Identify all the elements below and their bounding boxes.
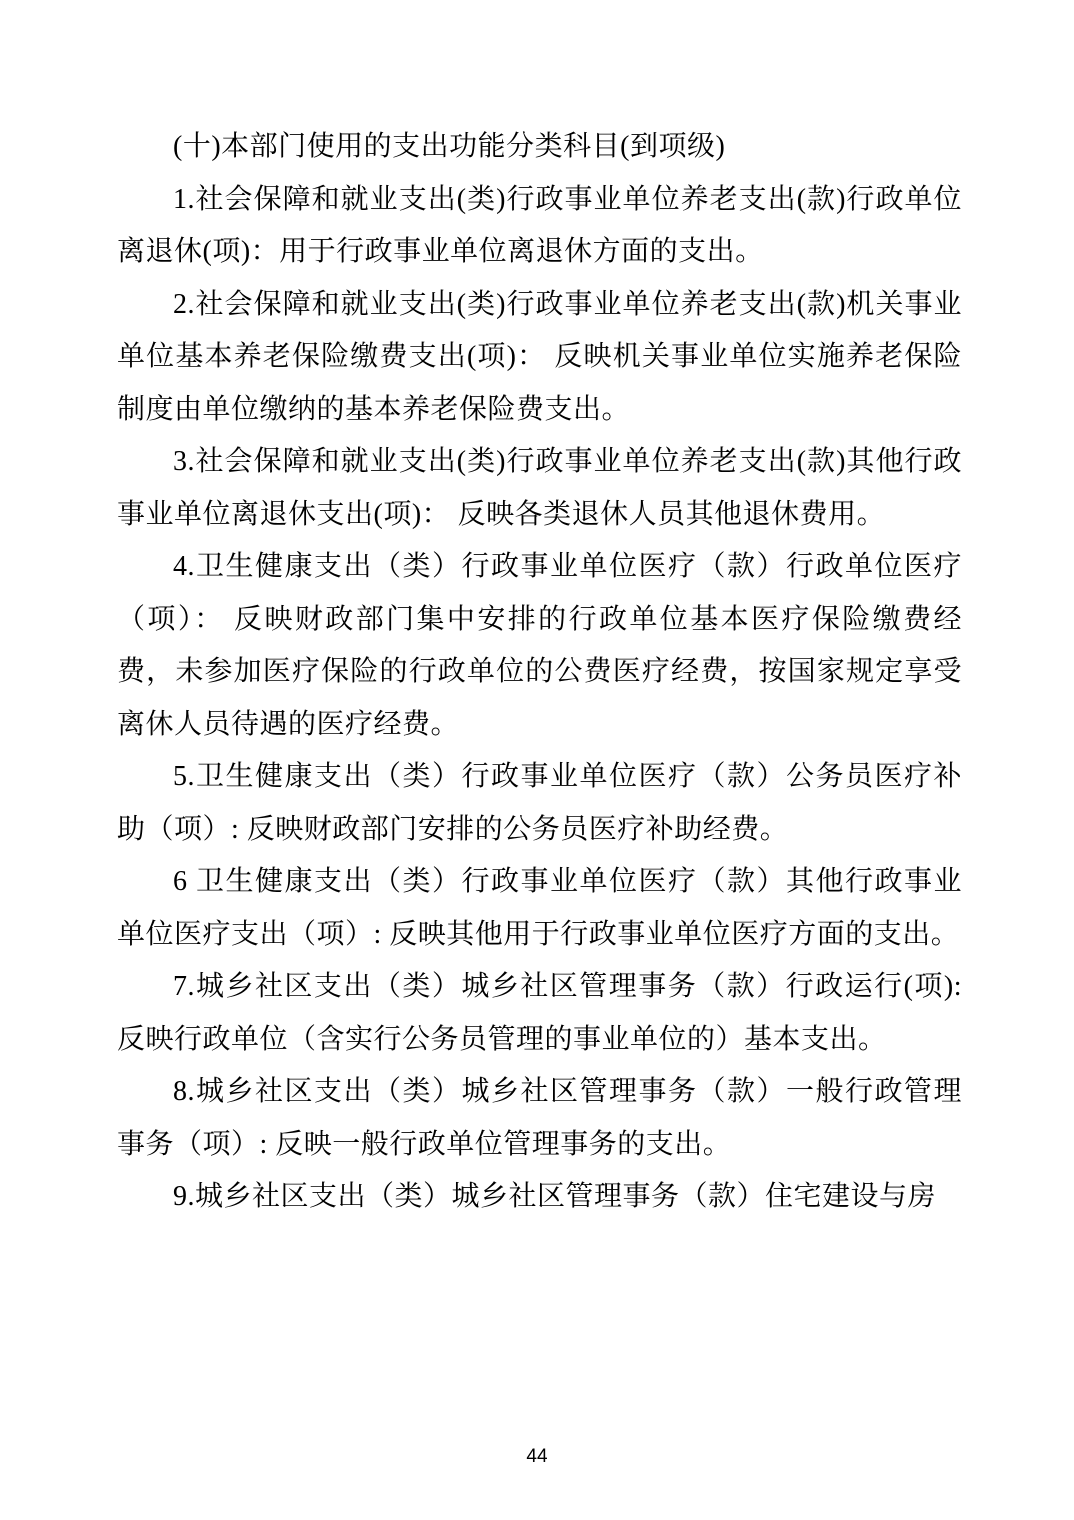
paragraph-6: 6 卫生健康支出（类）行政事业单位医疗（款）其他行政事业单位医疗支出（项）: 反… bbox=[117, 856, 962, 961]
paragraph-4: 4.卫生健康支出（类）行政事业单位医疗（款）行政单位医疗（项）： 反映财政部门集… bbox=[117, 541, 962, 751]
paragraph-9: 9.城乡社区支出（类）城乡社区管理事务（款）住宅建设与房 bbox=[117, 1171, 962, 1224]
page-number: 44 bbox=[0, 1446, 1074, 1468]
paragraph-2: 2.社会保障和就业支出(类)行政事业单位养老支出(款)机关事业单位基本养老保险缴… bbox=[117, 279, 962, 437]
paragraph-1: 1.社会保障和就业支出(类)行政事业单位养老支出(款)行政单位离退休(项)：用于… bbox=[117, 174, 962, 279]
document-page: (十)本部门使用的支出功能分类科目(到项级) 1.社会保障和就业支出(类)行政事… bbox=[0, 0, 1074, 1520]
section-heading: (十)本部门使用的支出功能分类科目(到项级) bbox=[117, 121, 962, 174]
paragraph-3: 3.社会保障和就业支出(类)行政事业单位养老支出(款)其他行政事业单位离退休支出… bbox=[117, 436, 962, 541]
paragraph-8: 8.城乡社区支出（类）城乡社区管理事务（款）一般行政管理事务（项）: 反映一般行… bbox=[117, 1066, 962, 1171]
paragraph-5: 5.卫生健康支出（类）行政事业单位医疗（款）公务员医疗补助（项）: 反映财政部门… bbox=[117, 751, 962, 856]
paragraph-7: 7.城乡社区支出（类）城乡社区管理事务（款）行政运行(项): 反映行政单位（含实… bbox=[117, 961, 962, 1066]
page-content: (十)本部门使用的支出功能分类科目(到项级) 1.社会保障和就业支出(类)行政事… bbox=[117, 121, 962, 1224]
